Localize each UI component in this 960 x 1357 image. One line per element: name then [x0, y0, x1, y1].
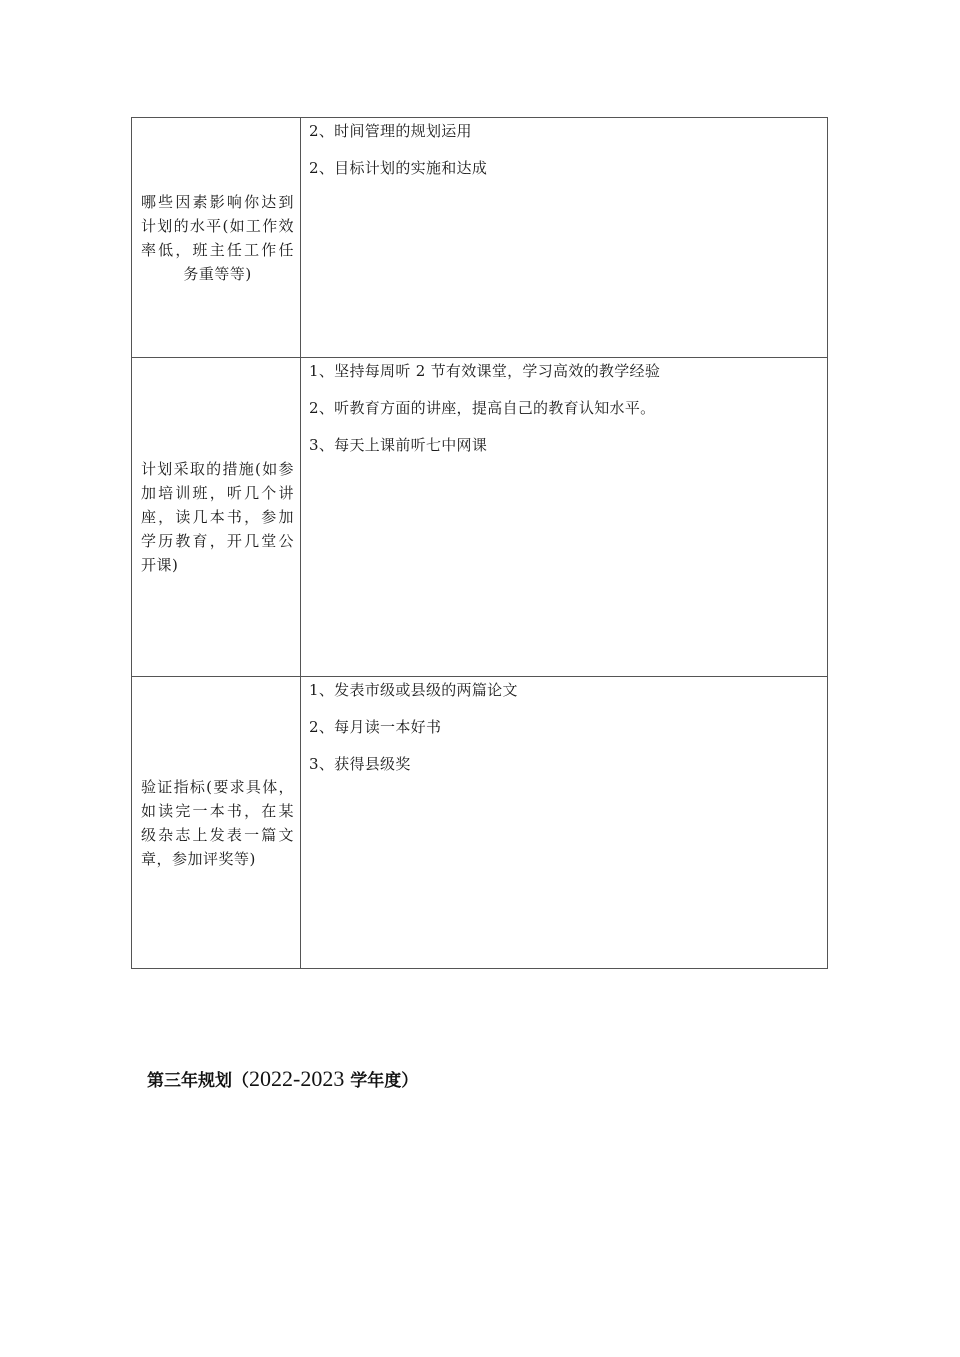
row-label-cell: 哪些因素影响你达到计划的水平(如工作效率低，班主任工作任务重等等): [132, 118, 301, 358]
plan-table: 哪些因素影响你达到计划的水平(如工作效率低，班主任工作任务重等等) 2、时间管理…: [131, 117, 828, 969]
row-content-cell: 2、时间管理的规划运用 2、目标计划的实施和达成: [301, 118, 828, 358]
list-item: 3、每天上课前听七中网课: [309, 434, 817, 456]
heading-prefix: 第三年规划（: [147, 1071, 249, 1091]
row-content-cell: 1、发表市级或县级的两篇论文 2、每月读一本好书 3、获得县级奖: [301, 677, 828, 969]
list-item: 1、坚持每周听 2 节有效课堂，学习高效的教学经验: [309, 360, 817, 382]
list-item: 2、每月读一本好书: [309, 716, 817, 738]
section-heading-third-year-plan: 第三年规划（2022-2023 学年度）: [147, 1066, 418, 1092]
table-row-planned-measures: 计划采取的措施(如参加培训班，听几个讲座，读几本书，参加学历教育，开几堂公开课)…: [132, 358, 828, 677]
row-label: 哪些因素影响你达到计划的水平(如工作效率低，班主任工作任务重等等): [141, 190, 294, 286]
row-content-cell: 1、坚持每周听 2 节有效课堂，学习高效的教学经验 2、听教育方面的讲座，提高自…: [301, 358, 828, 677]
row-label: 计划采取的措施(如参加培训班，听几个讲座，读几本书，参加学历教育，开几堂公开课): [141, 457, 294, 577]
row-label: 验证指标(要求具体，如读完一本书，在某级杂志上发表一篇文章，参加评奖等): [141, 775, 294, 871]
list-item: 2、目标计划的实施和达成: [309, 157, 817, 179]
row-label-cell: 计划采取的措施(如参加培训班，听几个讲座，读几本书，参加学历教育，开几堂公开课): [132, 358, 301, 677]
heading-suffix: 学年度）: [344, 1071, 418, 1091]
list-item: 2、听教育方面的讲座，提高自己的教育认知水平。: [309, 397, 817, 419]
heading-year-range: 2022-2023: [249, 1066, 344, 1091]
row-label-cell: 验证指标(要求具体，如读完一本书，在某级杂志上发表一篇文章，参加评奖等): [132, 677, 301, 969]
list-item: 1、发表市级或县级的两篇论文: [309, 679, 817, 701]
list-item: 2、时间管理的规划运用: [309, 120, 817, 142]
table-row-verification-indicators: 验证指标(要求具体，如读完一本书，在某级杂志上发表一篇文章，参加评奖等) 1、发…: [132, 677, 828, 969]
list-item: 3、获得县级奖: [309, 753, 817, 775]
table-row-influencing-factors: 哪些因素影响你达到计划的水平(如工作效率低，班主任工作任务重等等) 2、时间管理…: [132, 118, 828, 358]
